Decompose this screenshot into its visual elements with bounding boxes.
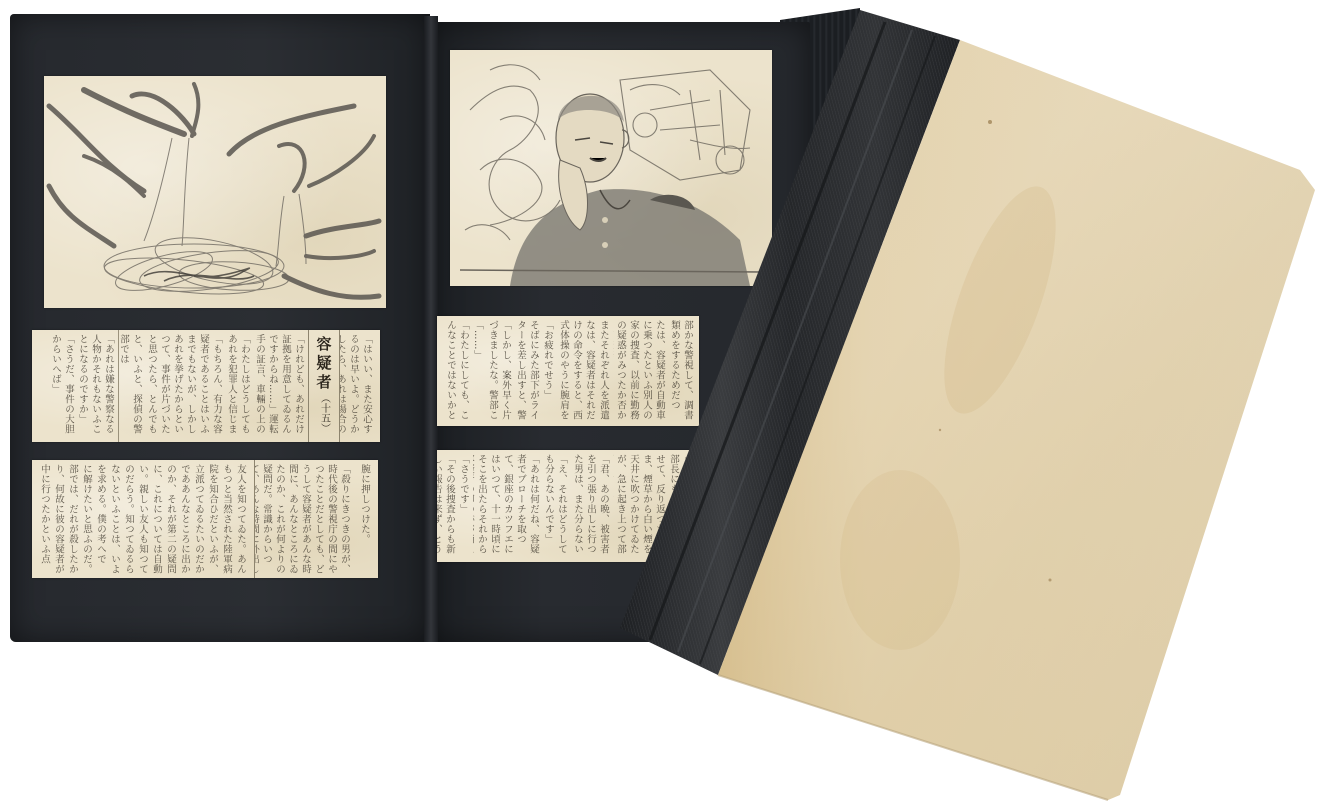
clipping-column: 「けれども、あれだけ証拠を用意してゐるんですからね……」運転手の証言、車輛の上の…: [254, 330, 308, 442]
clipping-column: のだらう。知つてゐるらしい: [124, 460, 138, 578]
clipping-column: たは、容疑者が自動車に乗つたといふ別人の家の捜査、以前に勤務の疑惑がみつたか否か…: [613, 316, 669, 426]
clipping-column: 部かな警視して、調書類めをするためだつた。: [669, 316, 697, 426]
officer-sketch-icon: [450, 50, 772, 286]
clipping-column: か分からない。: [683, 450, 697, 562]
clipping-column: せて、反り返つたまま、煙草から白い煙を天井に吹つかけてゐたが、急に起き上つて部下…: [613, 450, 669, 562]
illustration-hands-thread: [44, 76, 386, 308]
clipping-column: 「あれは何だね、容疑者でブローチを取つて、銀座のカツフエにはいつて、十一時頃にそ…: [473, 450, 543, 562]
clipping-column: い。親しい友人も知つてゐるも: [138, 460, 152, 578]
clipping-column: でああんなところに出かけて行つた: [180, 460, 194, 578]
clipping-column: 「あれは嫌な警察なる人物かそれもないふことになるのですか」: [78, 330, 118, 442]
clipping-column: もつと当然された陸軍病: [222, 460, 236, 578]
hands-thread-sketch-icon: [44, 76, 386, 308]
clipping-column: 「え、それはどうしても分らないんです」: [543, 450, 571, 562]
scrapbook-gutter: [424, 16, 438, 642]
clipping-column: 「わたしはどうしてもあれを犯罪人と信じますが……」: [226, 330, 254, 442]
clipping-column: 「もちろん、有力な容疑者であることはいふまでもないが、しかしあれを挙げたからとい…: [146, 330, 226, 442]
newspaper-clipping-right-bottom: か分からない。 部長にもう一度 せて、反り返つたまま、煙草から白い煙を天井に吹つ…: [437, 450, 699, 562]
story-installment-number: （十五）: [317, 393, 332, 433]
clipping-column: ないといふことは、いよく疑問: [110, 460, 124, 578]
clipping-column: 部長にもう一度: [669, 450, 683, 562]
clipping-column: 「その後捜査からも新しい報告は来ず、とうとう困つたなあ」: [437, 450, 459, 562]
newspaper-clipping-continued: 腕に押しつけた。 「殺りにきつきの男が、時代後の警視庁の間にやつたことだとしても…: [32, 460, 378, 578]
clipping-column: のか、それが第二の疑問だ。終る: [166, 460, 180, 578]
clipping-column: 「しかし、案外早く片づきましたな。警部こんなに早く行くとは思ひませんでした」: [487, 316, 515, 426]
clipping-column: 腕に押しつけた。: [354, 460, 374, 578]
clipping-column: 「さうです」: [459, 450, 473, 562]
clipping-column: を求める。僕の考へでは、これが: [96, 460, 110, 578]
clipping-column: 「はいい、また安心するのは早いよ。どうかしたら、あれは場合の殺害かもしれんぞ」: [340, 330, 376, 442]
clipping-column: 「さうだ、事件の大胆からいへば」: [38, 330, 78, 442]
clipping-column: 「……」: [473, 316, 487, 426]
clipping-column: と、いふと、探偵の警部では: [118, 330, 146, 442]
clipping-column: 友人を知つてゐた。あんなに、: [236, 460, 250, 578]
illustration-officer-portrait: [450, 50, 772, 286]
clipping-column: 「お疲れでせう」: [543, 316, 557, 426]
clipping-column: なは、容疑者はそれだけの命令をすると、西式体操のやうに腕肩を三回上下にみとで、は…: [557, 316, 599, 426]
clipping-column: そばにみた部下がライターを差し出すと、警部は口許に持つて行つた。: [515, 316, 543, 426]
clipping-column: 立派つてゐるたいのだから。僕の用: [194, 460, 208, 578]
clipping-column: 「殺りにきつきの男が、時代後の警視庁の間にやつたことだとしても、どうして容疑者が…: [254, 460, 354, 578]
clipping-column: り、何故に彼の容疑者があんな城の: [54, 460, 68, 578]
clipping-column: 部では、だれが殺したかといふよ: [68, 460, 82, 578]
clipping-column: 院を知合ひだといふが、そこには: [208, 460, 222, 578]
clipping-column: に解けたいと思ふのだ。だから現: [82, 460, 96, 578]
newspaper-clipping-suspect-15: 「はいい、また安心するのは早いよ。どうかしたら、あれは場合の殺害かもしれんぞ」 …: [32, 330, 380, 442]
clipping-column: 「わたしにしても、こんなことではないかと警部に持つてゐま: [445, 316, 473, 426]
column-divider: [254, 460, 255, 578]
clipping-column: に、これについては自動車も知らな: [152, 460, 166, 578]
clipping-column: またそれぞれ人を派遣した。: [599, 316, 613, 426]
clipping-column: 中に行つたかといふ点が、もつと: [40, 460, 54, 578]
newspaper-clipping-right-top: 部かな警視して、調書類めをするためだつた。 たは、容疑者が自動車に乗つたといふ別…: [437, 316, 699, 426]
story-title: 容疑者: [314, 336, 335, 393]
clipping-column: 「君、あの晩、被害者を引つ張り出しに行つた男は、また分らないのかい」: [571, 450, 613, 562]
